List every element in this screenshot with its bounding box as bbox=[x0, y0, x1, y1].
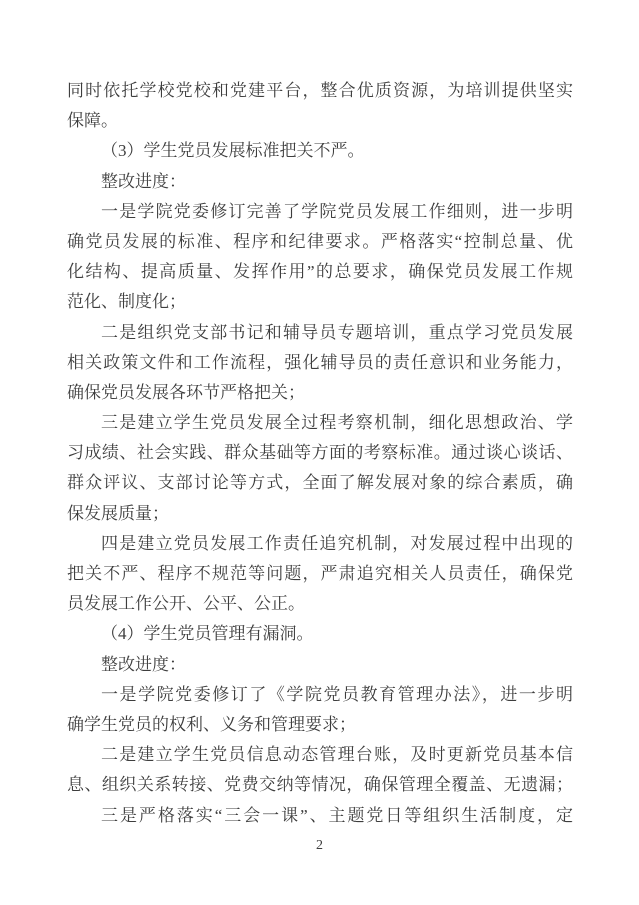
text-line: 同时依托学校党校和党建平台，整合优质资源，为培训提供坚实 bbox=[67, 76, 573, 106]
page-number: 2 bbox=[0, 838, 639, 854]
text-line: 保障。 bbox=[67, 106, 573, 136]
text-line: （3）学生党员发展标准把关不严。 bbox=[67, 136, 573, 166]
document-body: 同时依托学校党校和党建平台，整合优质资源，为培训提供坚实保障。（3）学生党员发展… bbox=[67, 76, 573, 831]
text-line: 息、组织关系转接、党费交纳等情况，确保管理全覆盖、无遗漏； bbox=[67, 770, 573, 800]
text-line: 相关政策文件和工作流程，强化辅导员的责任意识和业务能力， bbox=[67, 348, 573, 378]
document-page: 同时依托学校党校和党建平台，整合优质资源，为培训提供坚实保障。（3）学生党员发展… bbox=[0, 0, 639, 905]
text-line: 保发展质量； bbox=[67, 499, 573, 529]
text-line: 四是建立党员发展工作责任追究机制，对发展过程中出现的 bbox=[67, 529, 573, 559]
text-line: 员发展工作公开、公平、公正。 bbox=[67, 589, 573, 619]
text-line: 整改进度： bbox=[67, 650, 573, 680]
text-line: （4）学生党员管理有漏洞。 bbox=[67, 619, 573, 649]
text-line: 一是学院党委修订完善了学院党员发展工作细则，进一步明 bbox=[67, 197, 573, 227]
text-line: 确保党员发展各环节严格把关； bbox=[67, 378, 573, 408]
text-line: 三是严格落实“三会一课”、主题党日等组织生活制度，定 bbox=[67, 801, 573, 831]
text-line: 整改进度： bbox=[67, 167, 573, 197]
text-line: 三是建立学生党员发展全过程考察机制，细化思想政治、学 bbox=[67, 408, 573, 438]
text-line: 二是建立学生党员信息动态管理台账，及时更新党员基本信 bbox=[67, 740, 573, 770]
text-line: 把关不严、程序不规范等问题，严肃追究相关人员责任，确保党 bbox=[67, 559, 573, 589]
text-line: 化结构、提高质量、发挥作用”的总要求，确保党员发展工作规 bbox=[67, 257, 573, 287]
text-line: 群众评议、支部讨论等方式，全面了解发展对象的综合素质，确 bbox=[67, 468, 573, 498]
text-line: 范化、制度化； bbox=[67, 287, 573, 317]
text-line: 确党员发展的标准、程序和纪律要求。严格落实“控制总量、优 bbox=[67, 227, 573, 257]
text-line: 习成绩、社会实践、群众基础等方面的考察标准。通过谈心谈话、 bbox=[67, 438, 573, 468]
text-line: 确学生党员的权利、义务和管理要求； bbox=[67, 710, 573, 740]
text-line: 二是组织党支部书记和辅导员专题培训，重点学习党员发展 bbox=[67, 318, 573, 348]
text-line: 一是学院党委修订了《学院党员教育管理办法》，进一步明 bbox=[67, 680, 573, 710]
